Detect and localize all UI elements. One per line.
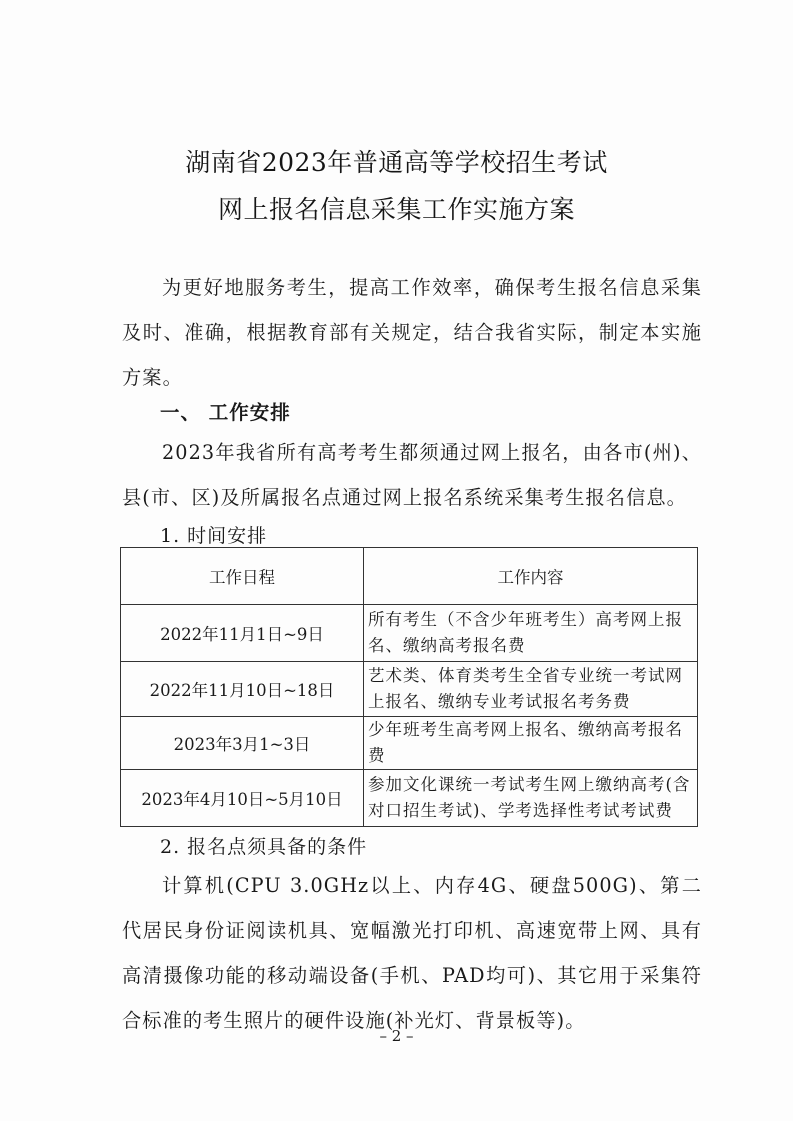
document-title-line2: 网上报名信息采集工作实施方案 bbox=[0, 190, 793, 226]
table-row: 2022年11月1日~9日 所有考生（不含少年班考生）高考网上报名、缴纳高考报名… bbox=[121, 605, 698, 662]
document-page: 湖南省2023年普通高等学校招生考试 网上报名信息采集工作实施方案 为更好地服务… bbox=[0, 0, 793, 1121]
table-row: 2022年11月10日~18日 艺术类、体育类考生全省专业统一考试网上报名、缴纳… bbox=[121, 662, 698, 717]
table-row: 2023年4月10日~5月10日 参加文化课统一考试考生网上缴纳高考(含对口招生… bbox=[121, 770, 698, 827]
subsection2-heading: 2. 报名点须具备的条件 bbox=[160, 832, 367, 859]
table-cell-date: 2022年11月1日~9日 bbox=[121, 605, 364, 662]
schedule-table: 工作日程 工作内容 2022年11月1日~9日 所有考生（不含少年班考生）高考网… bbox=[120, 547, 698, 827]
table-header-content: 工作内容 bbox=[364, 548, 698, 605]
intro-paragraph: 为更好地服务考生，提高工作效率，确保考生报名信息采集及时、准确，根据教育部有关规… bbox=[122, 265, 702, 400]
table-cell-content: 少年班考生高考网上报名、缴纳高考报名费 bbox=[364, 717, 698, 770]
document-title-line1: 湖南省2023年普通高等学校招生考试 bbox=[0, 143, 793, 179]
table-cell-date: 2023年3月1~3日 bbox=[121, 717, 364, 770]
table-cell-date: 2022年11月10日~18日 bbox=[121, 662, 364, 717]
section1-paragraph: 2023年我省所有高考考生都须通过网上报名，由各市(州)、县(市、区)及所属报名… bbox=[122, 430, 702, 520]
table-cell-content: 艺术类、体育类考生全省专业统一考试网上报名、缴纳专业考试报名考务费 bbox=[364, 662, 698, 717]
table-header-date: 工作日程 bbox=[121, 548, 364, 605]
page-number: – 2 – bbox=[0, 1027, 793, 1045]
table-header-row: 工作日程 工作内容 bbox=[121, 548, 698, 605]
table-row: 2023年3月1~3日 少年班考生高考网上报名、缴纳高考报名费 bbox=[121, 717, 698, 770]
table-cell-date: 2023年4月10日~5月10日 bbox=[121, 770, 364, 827]
table-cell-content: 所有考生（不含少年班考生）高考网上报名、缴纳高考报名费 bbox=[364, 605, 698, 662]
subsection2-paragraph: 计算机(CPU 3.0GHz以上、内存4G、硬盘500G)、第二代居民身份证阅读… bbox=[122, 863, 702, 1043]
subsection1-heading: 1. 时间安排 bbox=[160, 521, 267, 548]
section1-heading: 一、 工作安排 bbox=[160, 397, 291, 425]
table-cell-content: 参加文化课统一考试考生网上缴纳高考(含对口招生考试)、学考选择性考试考试费 bbox=[364, 770, 698, 827]
